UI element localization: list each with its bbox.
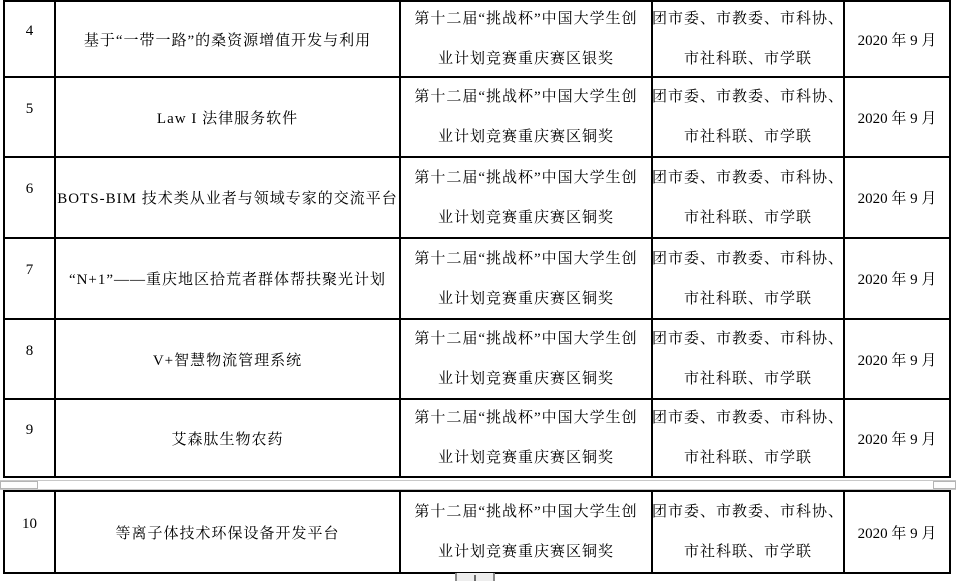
award-date: 2020 年 9 月: [858, 428, 937, 449]
row-number-cell: 4: [5, 2, 56, 78]
row-number: 6: [26, 181, 34, 198]
issuer-line1: 团市委、市教委、市科协、: [653, 239, 844, 279]
issuer-cell: 团市委、市教委、市科协、市社科联、市学联: [653, 492, 845, 574]
project-name-cell: 艾森肽生物农药: [56, 400, 401, 478]
date-cell: 2020 年 9 月: [845, 78, 951, 158]
issuer-cell: 团市委、市教委、市科协、市社科联、市学联: [653, 158, 845, 239]
row-number-cell: 8: [5, 320, 56, 400]
award-line2: 业计划竞赛重庆赛区铜奖: [414, 532, 637, 572]
award-line2: 业计划竞赛重庆赛区铜奖: [414, 438, 637, 478]
issuer-line2: 市社科联、市学联: [653, 39, 844, 78]
award-line2: 业计划竞赛重庆赛区铜奖: [414, 359, 637, 399]
award-date: 2020 年 9 月: [858, 29, 937, 50]
issuer-text: 团市委、市教委、市科协、市社科联、市学联: [653, 239, 844, 319]
row-number: 5: [26, 101, 34, 118]
issuer-line2: 市社科联、市学联: [653, 279, 844, 319]
award-line1: 第十二届“挑战杯”中国大学生创: [414, 239, 637, 279]
issuer-cell: 团市委、市教委、市科协、市社科联、市学联: [653, 239, 845, 320]
project-name-cell: 基于“一带一路”的桑资源增值开发与利用: [56, 2, 401, 78]
award-line1: 第十二届“挑战杯”中国大学生创: [414, 2, 637, 39]
project-name-cell: V+智慧物流管理系统: [56, 320, 401, 400]
issuer-text: 团市委、市教委、市科协、市社科联、市学联: [653, 78, 844, 157]
award-date: 2020 年 9 月: [858, 522, 937, 543]
issuer-line1: 团市委、市教委、市科协、: [653, 492, 844, 532]
award-cell: 第十二届“挑战杯”中国大学生创业计划竞赛重庆赛区铜奖: [401, 400, 653, 478]
project-name-cell: BOTS-BIM 技术类从业者与领域专家的交流平台: [56, 158, 401, 239]
award-line2: 业计划竞赛重庆赛区铜奖: [414, 279, 637, 319]
awards-table-page1: 4 基于“一带一路”的桑资源增值开发与利用 第十二届“挑战杯”中国大学生创业计划…: [3, 0, 951, 478]
award-date: 2020 年 9 月: [858, 349, 937, 370]
row-number-cell: 10: [5, 492, 56, 574]
issuer-text: 团市委、市教委、市科协、市社科联、市学联: [653, 320, 844, 399]
page-break-right-tab: [933, 481, 956, 489]
issuer-text: 团市委、市教委、市科协、市社科联、市学联: [653, 158, 844, 238]
date-cell: 2020 年 9 月: [845, 492, 951, 574]
page-number-glyph-top: [474, 575, 476, 581]
award-cell: 第十二届“挑战杯”中国大学生创业计划竞赛重庆赛区铜奖: [401, 320, 653, 400]
project-name-cell: 等离子体技术环保设备开发平台: [56, 492, 401, 574]
issuer-line1: 团市委、市教委、市科协、: [653, 400, 844, 438]
issuer-cell: 团市委、市教委、市科协、市社科联、市学联: [653, 78, 845, 158]
issuer-line1: 团市委、市教委、市科协、: [653, 2, 844, 39]
issuer-text: 团市委、市教委、市科协、市社科联、市学联: [653, 2, 844, 78]
award-line1: 第十二届“挑战杯”中国大学生创: [414, 400, 637, 438]
project-name: V+智慧物流管理系统: [153, 349, 302, 370]
row-number: 9: [26, 422, 34, 439]
row-number-cell: 5: [5, 78, 56, 158]
awards-table-page2: 10 等离子体技术环保设备开发平台 第十二届“挑战杯”中国大学生创业计划竞赛重庆…: [3, 490, 951, 574]
project-name-cell: Law I 法律服务软件: [56, 78, 401, 158]
issuer-line2: 市社科联、市学联: [653, 532, 844, 572]
award-line1: 第十二届“挑战杯”中国大学生创: [414, 158, 637, 198]
award-cell: 第十二届“挑战杯”中国大学生创业计划竞赛重庆赛区铜奖: [401, 239, 653, 320]
issuer-text: 团市委、市教委、市科协、市社科联、市学联: [653, 400, 844, 478]
award-cell: 第十二届“挑战杯”中国大学生创业计划竞赛重庆赛区铜奖: [401, 492, 653, 574]
issuer-cell: 团市委、市教委、市科协、市社科联、市学联: [653, 400, 845, 478]
page-number-field: [455, 573, 495, 581]
issuer-line2: 市社科联、市学联: [653, 198, 844, 238]
issuer-line1: 团市委、市教委、市科协、: [653, 158, 844, 198]
row-number: 8: [26, 343, 34, 360]
row-number-cell: 6: [5, 158, 56, 239]
issuer-text: 团市委、市教委、市科协、市社科联、市学联: [653, 492, 844, 572]
date-cell: 2020 年 9 月: [845, 2, 951, 78]
page-break-left-tab: [0, 481, 38, 489]
issuer-cell: 团市委、市教委、市科协、市社科联、市学联: [653, 2, 845, 78]
project-name: 等离子体技术环保设备开发平台: [115, 522, 339, 543]
award-date: 2020 年 9 月: [858, 268, 937, 289]
award-line2: 业计划竞赛重庆赛区铜奖: [414, 198, 637, 238]
row-number-cell: 7: [5, 239, 56, 320]
award-date: 2020 年 9 月: [858, 107, 937, 128]
issuer-line2: 市社科联、市学联: [653, 359, 844, 399]
award-line1: 第十二届“挑战杯”中国大学生创: [414, 492, 637, 532]
issuer-line2: 市社科联、市学联: [653, 117, 844, 157]
issuer-line2: 市社科联、市学联: [653, 438, 844, 478]
award-text: 第十二届“挑战杯”中国大学生创业计划竞赛重庆赛区铜奖: [414, 320, 637, 399]
date-cell: 2020 年 9 月: [845, 320, 951, 400]
project-name: “N+1”——重庆地区拾荒者群体帮扶聚光计划: [69, 268, 386, 289]
issuer-cell: 团市委、市教委、市科协、市社科联、市学联: [653, 320, 845, 400]
award-text: 第十二届“挑战杯”中国大学生创业计划竞赛重庆赛区铜奖: [414, 158, 637, 238]
document-page: 4 基于“一带一路”的桑资源增值开发与利用 第十二届“挑战杯”中国大学生创业计划…: [0, 0, 956, 581]
award-text: 第十二届“挑战杯”中国大学生创业计划竞赛重庆赛区银奖: [414, 2, 637, 78]
award-date: 2020 年 9 月: [858, 187, 937, 208]
project-name-cell: “N+1”——重庆地区拾荒者群体帮扶聚光计划: [56, 239, 401, 320]
award-text: 第十二届“挑战杯”中国大学生创业计划竞赛重庆赛区铜奖: [414, 78, 637, 157]
row-number-cell: 9: [5, 400, 56, 478]
project-name: 基于“一带一路”的桑资源增值开发与利用: [84, 29, 371, 50]
award-line1: 第十二届“挑战杯”中国大学生创: [414, 320, 637, 359]
date-cell: 2020 年 9 月: [845, 400, 951, 478]
project-name: 艾森肽生物农药: [171, 428, 283, 449]
issuer-line1: 团市委、市教委、市科协、: [653, 78, 844, 117]
award-line2: 业计划竞赛重庆赛区银奖: [414, 39, 637, 78]
award-line2: 业计划竞赛重庆赛区铜奖: [414, 117, 637, 157]
row-number: 7: [26, 262, 34, 279]
award-cell: 第十二届“挑战杯”中国大学生创业计划竞赛重庆赛区银奖: [401, 2, 653, 78]
award-line1: 第十二届“挑战杯”中国大学生创: [414, 78, 637, 117]
award-text: 第十二届“挑战杯”中国大学生创业计划竞赛重庆赛区铜奖: [414, 400, 637, 478]
date-cell: 2020 年 9 月: [845, 158, 951, 239]
project-name: Law I 法律服务软件: [157, 107, 298, 128]
award-text: 第十二届“挑战杯”中国大学生创业计划竞赛重庆赛区铜奖: [414, 239, 637, 319]
row-number: 10: [22, 516, 37, 533]
award-cell: 第十二届“挑战杯”中国大学生创业计划竞赛重庆赛区铜奖: [401, 158, 653, 239]
project-name: BOTS-BIM 技术类从业者与领域专家的交流平台: [57, 187, 397, 208]
row-number: 4: [26, 23, 34, 40]
award-cell: 第十二届“挑战杯”中国大学生创业计划竞赛重庆赛区铜奖: [401, 78, 653, 158]
issuer-line1: 团市委、市教委、市科协、: [653, 320, 844, 359]
date-cell: 2020 年 9 月: [845, 239, 951, 320]
page-break-band: [0, 480, 956, 490]
award-text: 第十二届“挑战杯”中国大学生创业计划竞赛重庆赛区铜奖: [414, 492, 637, 572]
